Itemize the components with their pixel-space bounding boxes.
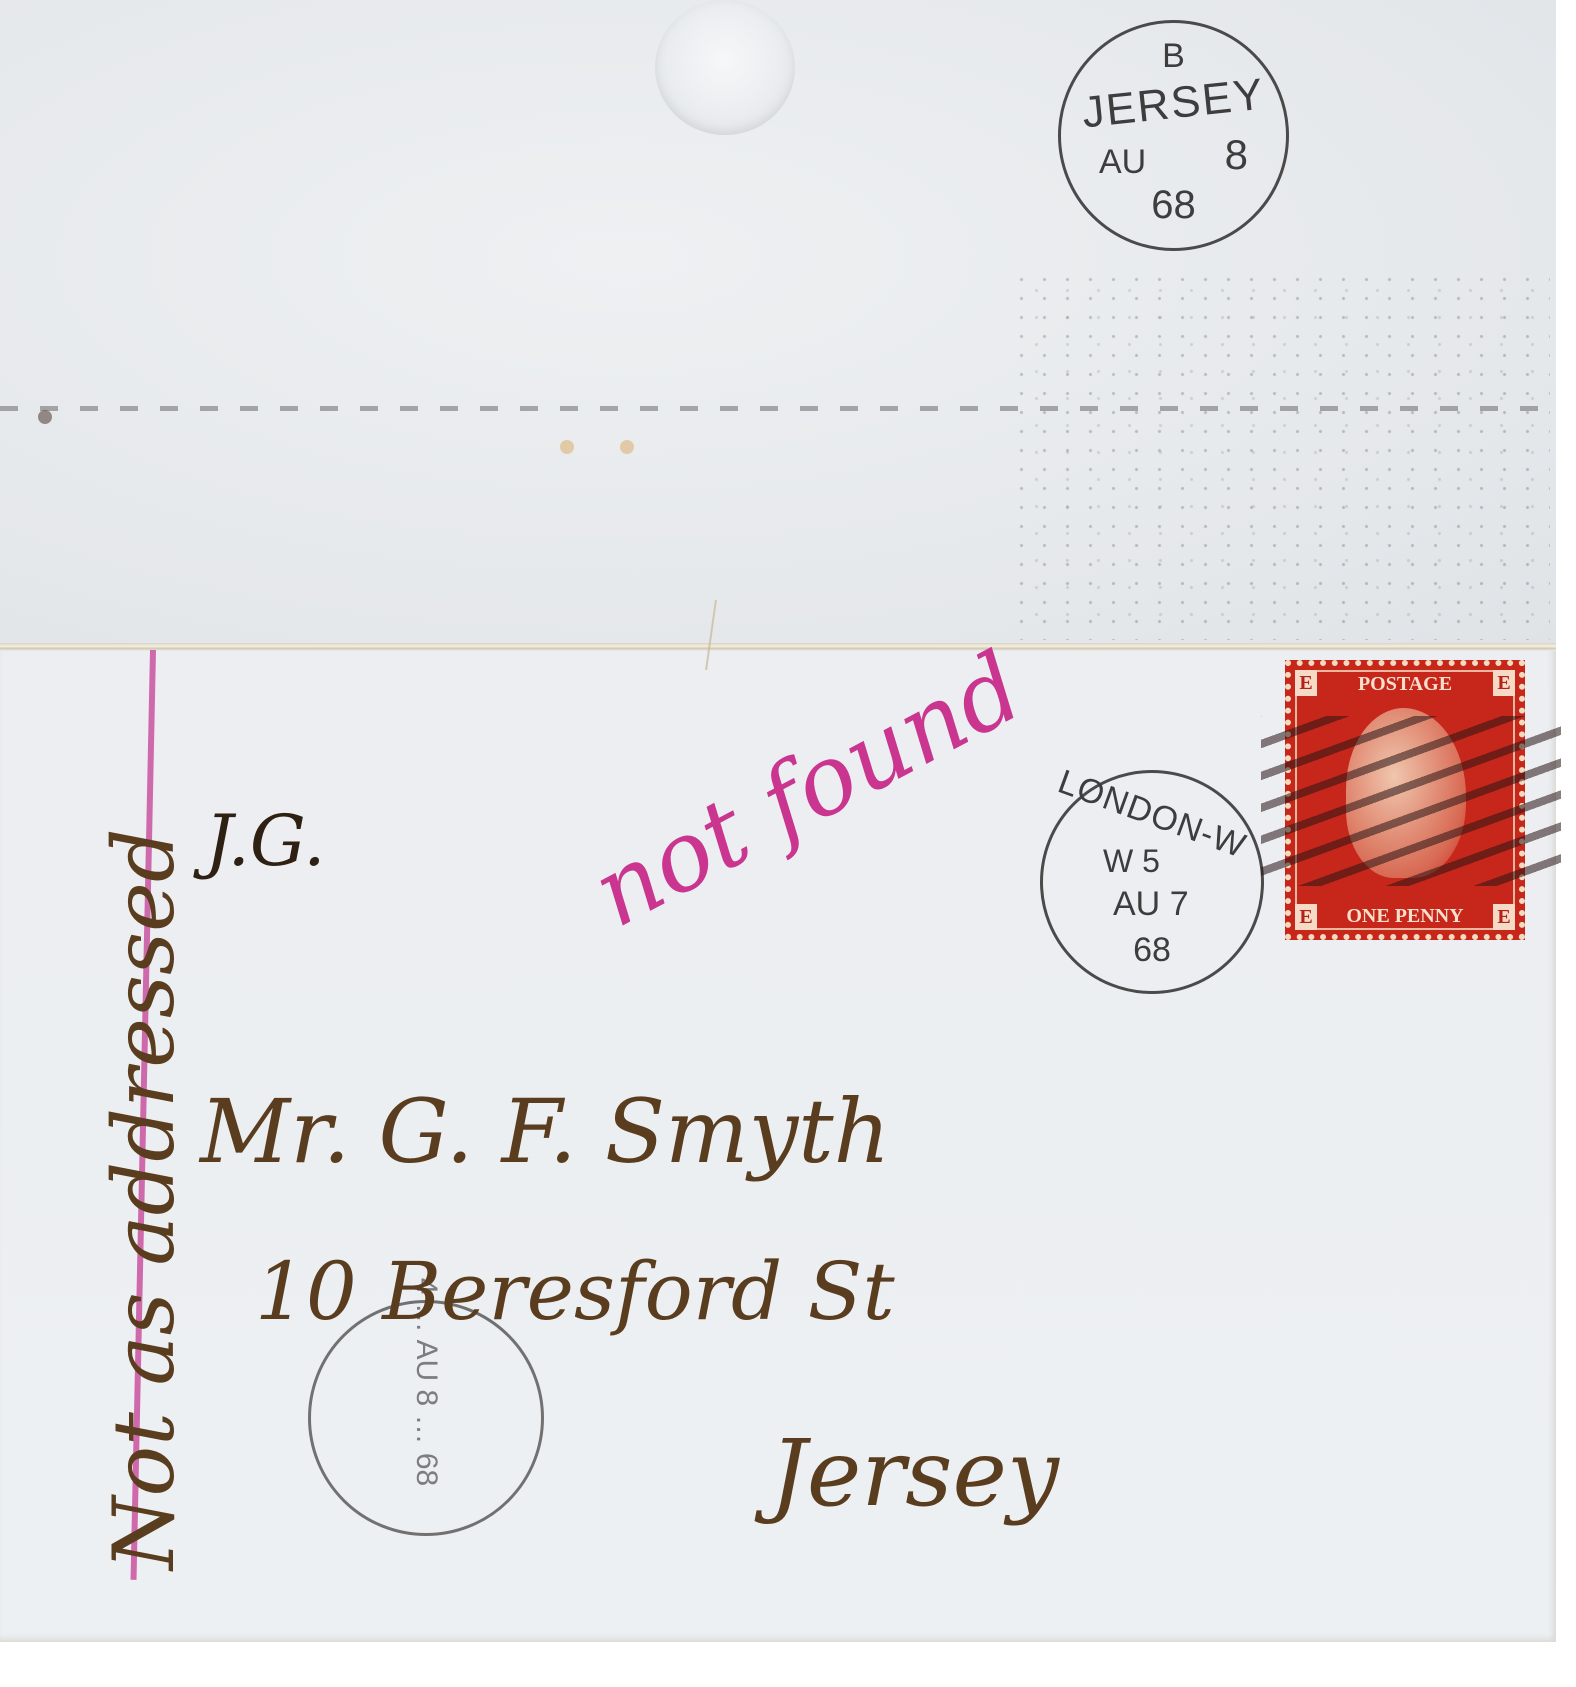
foxing-spot: [560, 440, 574, 454]
penny-red-stamp: POSTAGE ONE PENNY E E E E: [1285, 660, 1525, 940]
addressee-name: Mr. G. F. Smyth: [200, 1080, 890, 1183]
not-as-addressed-annotation: Not as addressed: [95, 828, 193, 1570]
postmark-code: W 5: [1103, 843, 1160, 880]
london-postmark: LONDON-W W 5 AU 7 68: [1040, 770, 1264, 994]
postman-initials: J.G.: [205, 800, 326, 882]
foxing-spot: [620, 440, 634, 454]
corner-letter: E: [1493, 904, 1515, 930]
postmark-day: 7: [1170, 885, 1189, 923]
offset-cancel-bar: [0, 406, 1556, 411]
wax-seal-remnant: [655, 0, 795, 135]
barred-cancel: [1261, 716, 1561, 886]
jersey-postmark: B JERSEY AU 8 68: [1058, 20, 1289, 251]
postmark-year: 68: [1043, 931, 1261, 970]
postmark-date: AU 7: [1113, 885, 1189, 924]
corner-letter: E: [1493, 670, 1515, 696]
address-town: Jersey: [770, 1420, 1059, 1527]
not-found-annotation: not found: [575, 631, 1040, 949]
postmark-month: AU: [1113, 885, 1160, 923]
postmark-month: AU: [1099, 143, 1146, 182]
stamp-top-label: POSTAGE: [1317, 670, 1493, 698]
address-street: 10 Beresford St: [255, 1245, 895, 1338]
postmark-day: 8: [1225, 131, 1248, 179]
postmark-town: JERSEY: [1059, 67, 1288, 140]
offset-cancel-ink: [1010, 270, 1550, 640]
letter-sheet: B JERSEY AU 8 68 LONDON-W W 5 AU 7 68 4 …: [0, 0, 1556, 1642]
corner-letter: E: [1295, 904, 1317, 930]
corner-letter: E: [1295, 670, 1317, 696]
foxing-spot: [38, 410, 52, 424]
fold-line: [0, 643, 1556, 651]
stamp-bottom-label: ONE PENNY: [1317, 902, 1493, 930]
postmark-year: 68: [1061, 183, 1286, 228]
